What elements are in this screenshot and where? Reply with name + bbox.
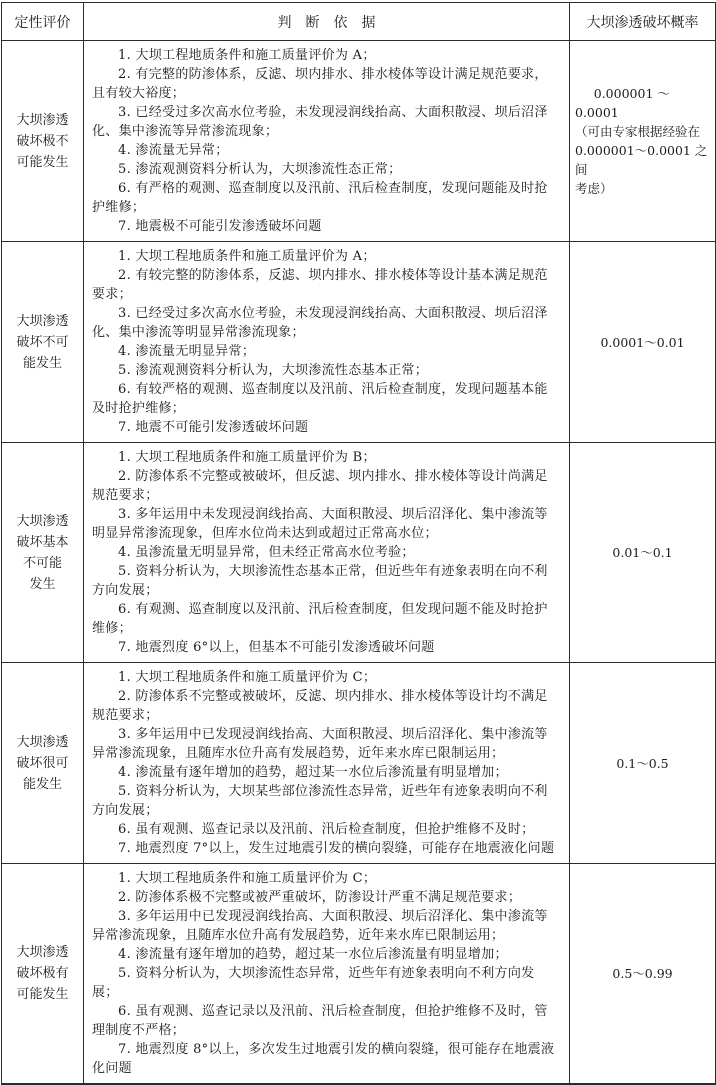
criterion-item: 1. 大坝工程地质条件和施工质量评价为 C； [92, 668, 561, 687]
criterion-item: 7. 地震烈度 6°以上，但基本不可能引发渗透破坏问题 [92, 638, 561, 657]
evaluation-cell: 大坝渗透 破坏极有 可能发生 [2, 864, 84, 1085]
criterion-item: 6. 有严格的观测、巡查制度以及汛前、汛后检查制度，发现问题能及时抢护维修； [92, 179, 561, 217]
criteria-cell: 1. 大坝工程地质条件和施工质量评价为 A；2. 有较完整的防渗体系，反滤、坝内… [84, 242, 570, 443]
evaluation-cell: 大坝渗透 破坏基本 不可能 发生 [2, 443, 84, 663]
criterion-item: 2. 有完整的防渗体系，反滤、坝内排水、排水棱体等设计满足规范要求，且有较大裕度… [92, 65, 561, 103]
criterion-item: 2. 防渗体系不完整或被破坏，反滤、坝内排水、排水棱体等设计均不满足规范要求； [92, 687, 561, 725]
criterion-item: 6. 虽有观测、巡查记录以及汛前、汛后检查制度，但抢护维修不及时； [92, 820, 561, 839]
probability-cell: 0.0001～0.01 [570, 242, 716, 443]
criterion-item: 3. 已经受过多次高水位考验，未发现浸润线抬高、大面积散浸、坝后沼泽化、集中渗流… [92, 103, 561, 141]
criterion-item: 2. 有较完整的防渗体系，反滤、坝内排水、排水棱体等设计基本满足规范要求； [92, 266, 561, 304]
criterion-item: 7. 地震极不可能引发渗透破坏问题 [92, 217, 561, 236]
criterion-item: 5. 资料分析认为，大坝某些部位渗流性态异常，近些年有迹象表明向不利方向发展； [92, 782, 561, 820]
criteria-cell: 1. 大坝工程地质条件和施工质量评价为 A；2. 有完整的防渗体系，反滤、坝内排… [84, 41, 570, 242]
criterion-item: 6. 有观测、巡查制度以及汛前、汛后检查制度，但发现问题不能及时抢护维修； [92, 600, 561, 638]
criterion-item: 4. 渗流量有逐年增加的趋势，超过某一水位后渗流量有明显增加； [92, 945, 561, 964]
probability-cell: 0.1～0.5 [570, 663, 716, 864]
criterion-item: 2. 防渗体系极不完整或被严重破坏，防渗设计严重不满足规范要求； [92, 888, 561, 907]
criterion-item: 1. 大坝工程地质条件和施工质量评价为 A； [92, 247, 561, 266]
criterion-item: 4. 渗流量无明显异常； [92, 342, 561, 361]
probability-cell: 0.5～0.99 [570, 864, 716, 1085]
header-failure-probability: 大坝渗透破坏概率 [570, 3, 716, 41]
criterion-item: 4. 渗流量无异常； [92, 141, 561, 160]
criterion-item: 5. 资料分析认为，大坝渗流性态基本正常，但近些年有迹象表明在向不利方向发展； [92, 562, 561, 600]
criterion-item: 4. 渗流量有逐年增加的趋势，超过某一水位后渗流量有明显增加； [92, 763, 561, 782]
criterion-item: 1. 大坝工程地质条件和施工质量评价为 C； [92, 869, 561, 888]
criteria-cell: 1. 大坝工程地质条件和施工质量评价为 B；2. 防渗体系不完整或被破坏，但反滤… [84, 443, 570, 663]
criterion-item: 2. 防渗体系不完整或被破坏，但反滤、坝内排水、排水棱体等设计尚满足规范要求； [92, 467, 561, 505]
table-row: 大坝渗透 破坏极有 可能发生 1. 大坝工程地质条件和施工质量评价为 C；2. … [2, 864, 716, 1085]
criterion-item: 7. 地震烈度 8°以上，多次发生过地震引发的横向裂缝，很可能存在地震液化问题 [92, 1040, 561, 1078]
criterion-item: 4. 虽渗流量无明显异常，但未经正常高水位考验； [92, 543, 561, 562]
criterion-item: 6. 虽有观测、巡查记录以及汛前、汛后检查制度，但抢护维修不及时，管理制度不严格… [92, 1002, 561, 1040]
evaluation-cell: 大坝渗透 破坏极不 可能发生 [2, 41, 84, 242]
criterion-item: 3. 多年运用中已发现浸润线抬高、大面积散浸、坝后沼泽化、集中渗流等异常渗流现象… [92, 725, 561, 763]
header-judgment-basis: 判 断 依 据 [84, 3, 570, 41]
table-row: 大坝渗透 破坏基本 不可能 发生 1. 大坝工程地质条件和施工质量评价为 B；2… [2, 443, 716, 663]
dam-seepage-failure-probability-table: 定性评价 判 断 依 据 大坝渗透破坏概率 大坝渗透 破坏极不 可能发生 1. … [1, 2, 716, 1085]
criterion-item: 3. 已经受过多次高水位考验，未发现浸润线抬高、大面积散浸、坝后沼泽化、集中渗流… [92, 304, 561, 342]
criterion-item: 6. 有较严格的观测、巡查制度以及汛前、汛后检查制度，发现问题基本能及时抢护维修… [92, 380, 561, 418]
criteria-cell: 1. 大坝工程地质条件和施工质量评价为 C；2. 防渗体系不完整或被破坏，反滤、… [84, 663, 570, 864]
criterion-item: 1. 大坝工程地质条件和施工质量评价为 A； [92, 46, 561, 65]
criterion-item: 5. 渗流观测资料分析认为，大坝渗流性态正常； [92, 160, 561, 179]
header-row: 定性评价 判 断 依 据 大坝渗透破坏概率 [2, 3, 716, 41]
probability-cell: 0.000001 ～ 0.0001 （可由专家根据经验在 0.000001～0.… [570, 41, 716, 242]
evaluation-cell: 大坝渗透 破坏很可 能发生 [2, 663, 84, 864]
probability-cell: 0.01～0.1 [570, 443, 716, 663]
table-row: 大坝渗透 破坏极不 可能发生 1. 大坝工程地质条件和施工质量评价为 A；2. … [2, 41, 716, 242]
criterion-item: 1. 大坝工程地质条件和施工质量评价为 B； [92, 448, 561, 467]
document-page: 定性评价 判 断 依 据 大坝渗透破坏概率 大坝渗透 破坏极不 可能发生 1. … [0, 0, 716, 1085]
table-row: 大坝渗透 破坏很可 能发生 1. 大坝工程地质条件和施工质量评价为 C；2. 防… [2, 663, 716, 864]
criterion-item: 5. 资料分析认为，大坝渗流性态异常，近些年有迹象表明向不利方向发展； [92, 964, 561, 1002]
table-row: 大坝渗透 破坏不可 能发生 1. 大坝工程地质条件和施工质量评价为 A；2. 有… [2, 242, 716, 443]
criterion-item: 3. 多年运用中已发现浸润线抬高、大面积散浸、坝后沼泽化、集中渗流等异常渗流现象… [92, 907, 561, 945]
criterion-item: 5. 渗流观测资料分析认为，大坝渗流性态基本正常； [92, 361, 561, 380]
criterion-item: 7. 地震不可能引发渗透破坏问题 [92, 418, 561, 437]
header-qualitative-evaluation: 定性评价 [2, 3, 84, 41]
criterion-item: 3. 多年运用中未发现浸润线抬高、大面积散浸、坝后沼泽化、集中渗流等明显异常渗流… [92, 505, 561, 543]
evaluation-cell: 大坝渗透 破坏不可 能发生 [2, 242, 84, 443]
criterion-item: 7. 地震烈度 7°以上，发生过地震引发的横向裂缝，可能存在地震液化问题 [92, 839, 561, 858]
criteria-cell: 1. 大坝工程地质条件和施工质量评价为 C；2. 防渗体系极不完整或被严重破坏，… [84, 864, 570, 1085]
